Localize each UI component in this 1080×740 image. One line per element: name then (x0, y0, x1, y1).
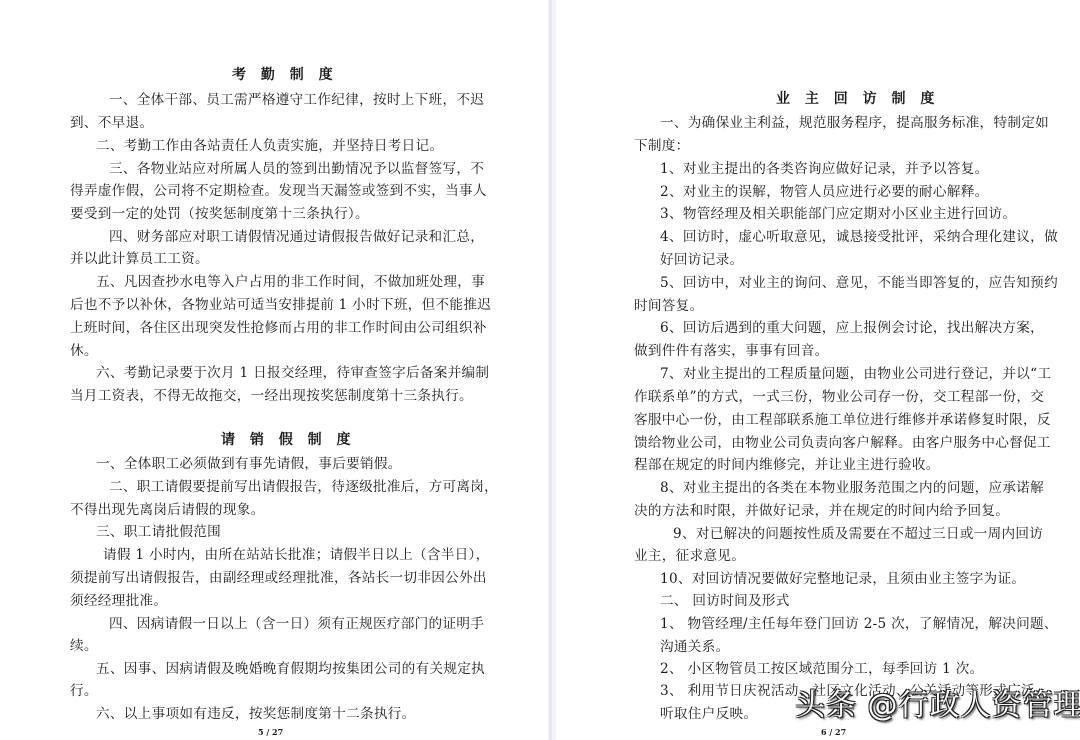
text-line: 1、 物管经理/主任每年登门回访 2-5 次，了解情况，解决问题、 (660, 615, 1058, 633)
text-line: 须经经理批准。 (70, 592, 167, 610)
text-line: 要受到一定的处罚（按奖惩制度第十三条执行）。 (70, 205, 369, 223)
page-number: 5 / 27 (258, 727, 283, 737)
text-line: 10、对回访情况要做好完整地记录，且须由业主签字为证。 (660, 570, 1025, 588)
text-line: 9、对已解决的问题按性质及需要在不超过三日或一周内回访 (673, 525, 1043, 543)
page-gutter (548, 0, 556, 740)
text-line: 程部在规定的时间内维修完，并让业主进行验收。 (634, 456, 940, 474)
text-line: 4、回访时，虚心听取意见，诚恳接受批评，采纳合理化建议，做 (660, 228, 1058, 246)
text-line: 听取住户反映。 (660, 705, 757, 723)
text-line: 五、因事、因病请假及晚婚晚育假期均按集团公司的有关规定执 (96, 660, 485, 678)
text-line: 四、因病请假一日以上（含一日）须有正规医疗部门的证明手 (109, 615, 484, 633)
text-line: 须提前写出请假报告，由副经理或经理批准，各站长一切非因公外出 (70, 569, 487, 587)
text-line: 6、回访后遇到的重大问题，应上报例会讨论，找出解决方案， (660, 319, 1044, 337)
text-line: 1、对业主提出的各类咨询应做好记录，并予以答复。 (660, 160, 989, 178)
text-line: 到、不早退。 (70, 114, 153, 132)
text-line: 一、全体职工必须做到有事先请假，事后要销假。 (96, 455, 402, 473)
text-line: 并以此计算员工工资。 (70, 250, 209, 268)
text-line: 决的方法和时限，并做好记录，并在规定的时间内给予回复。 (634, 502, 1009, 520)
text-line: 一、为确保业主利益，规范服务程序，提高服务标准，特制定如 (660, 114, 1049, 132)
text-line: 2、对业主的误解，物管人员应进行必要的耐心解释。 (660, 183, 989, 201)
text-line: 一、全体干部、员工需严格遵守工作纪律，按时上下班，不迟 (109, 91, 484, 109)
text-line: 二、职工请假要提前写出请假报告，待逐级批准后，方可离岗， (109, 478, 498, 496)
pdf-page-5: 考 勤 制 度 一、全体干部、员工需严格遵守工作纪律，按时上下班，不迟 到、不早… (0, 0, 548, 740)
text-line: 后也不予以补休，各物业站可适当安排提前 1 小时下班，但不能推迟 (70, 296, 491, 314)
text-line: 做到件件有落实，事事有回音。 (634, 342, 829, 360)
text-line: 三、职工请批假范围 (96, 523, 221, 541)
section-title-owner-visit: 业 主 回 访 制 度 (776, 90, 939, 108)
text-line: 续。 (70, 637, 98, 655)
page-number: 6 / 27 (821, 727, 846, 737)
watermark-text: 头条 @行政人资管理 (795, 688, 1080, 724)
text-line: 六、考勤记录要于次月 1 日报交经理，待审查签字后备案并编制 (96, 364, 489, 382)
text-line: 五、凡因查抄水电等入户占用的非工作时间，不做加班处理，事 (96, 273, 485, 291)
text-line: 8、对业主提出的各类在本物业服务范围之内的问题，应承诺解 (660, 479, 1044, 497)
text-line: 二、考勤工作由各站责任人负责实施，并坚持日考日记。 (96, 137, 443, 155)
text-line: 请假 1 小时内，由所在站站长批准；请假半日以上（含半日）， (103, 546, 490, 564)
text-line: 二、 回访时间及形式 (660, 592, 790, 610)
text-line: 得弄虚作假，公司将不定期检查。发现当天漏签或签到不实，当事人 (70, 182, 487, 200)
text-line: 四、财务部应对职工请假情况通过请假报告做好记录和汇总， (109, 228, 484, 246)
text-line: 六、以上事项如有违反，按奖惩制度第十二条执行。 (96, 705, 416, 723)
text-line: 3、物管经理及相关职能部门应定期对小区业主进行回访。 (660, 205, 1016, 223)
text-line: 当月工资表，不得无故拖交，一经出现按奖惩制度第十三条执行。 (70, 387, 473, 405)
text-line: 业主，征求意见。 (634, 547, 745, 565)
text-line: 2、 小区物管员工按区域范围分工，每季回访 1 次。 (660, 660, 984, 678)
text-line: 休。 (70, 342, 98, 360)
text-line: 不得出现先离岗后请假的现象。 (70, 501, 265, 519)
text-line: 7、对业主提出的工程质量问题，由物业公司进行登记，并以“工 (660, 365, 1051, 383)
text-line: 作联系单”的方式，一式三份，物业公司存一份，交工程部一份，交 (634, 388, 1044, 406)
section-title-attendance: 考 勤 制 度 (232, 66, 338, 84)
section-title-leave: 请 销 假 制 度 (221, 431, 356, 449)
text-line: 下制度： (634, 137, 690, 155)
text-line: 沟通关系。 (660, 638, 729, 656)
text-line: 5、回访中，对业主的询问、意见，不能当即答复的，应告知预约 (660, 274, 1058, 292)
text-line: 三、各物业站应对所属人员的签到出勤情况予以监督签写，不 (109, 160, 484, 178)
pdf-page-6: 业 主 回 访 制 度 一、为确保业主利益，规范服务程序，提高服务标准，特制定如… (556, 0, 1080, 740)
text-line: 好回访记录。 (660, 251, 743, 269)
text-line: 上班时间，各住区出现突发性抢修而占用的非工作时间由公司组织补 (70, 319, 487, 337)
text-line: 馈给物业公司，由物业公司负责向客户解释。由客户服务中心督促工 (634, 434, 1051, 452)
text-line: 时间答复。 (634, 297, 703, 315)
text-line: 行。 (70, 682, 98, 700)
text-line: 客服中心一份，由工程部联系施工单位进行维修并承诺修复时限，反 (634, 411, 1051, 429)
